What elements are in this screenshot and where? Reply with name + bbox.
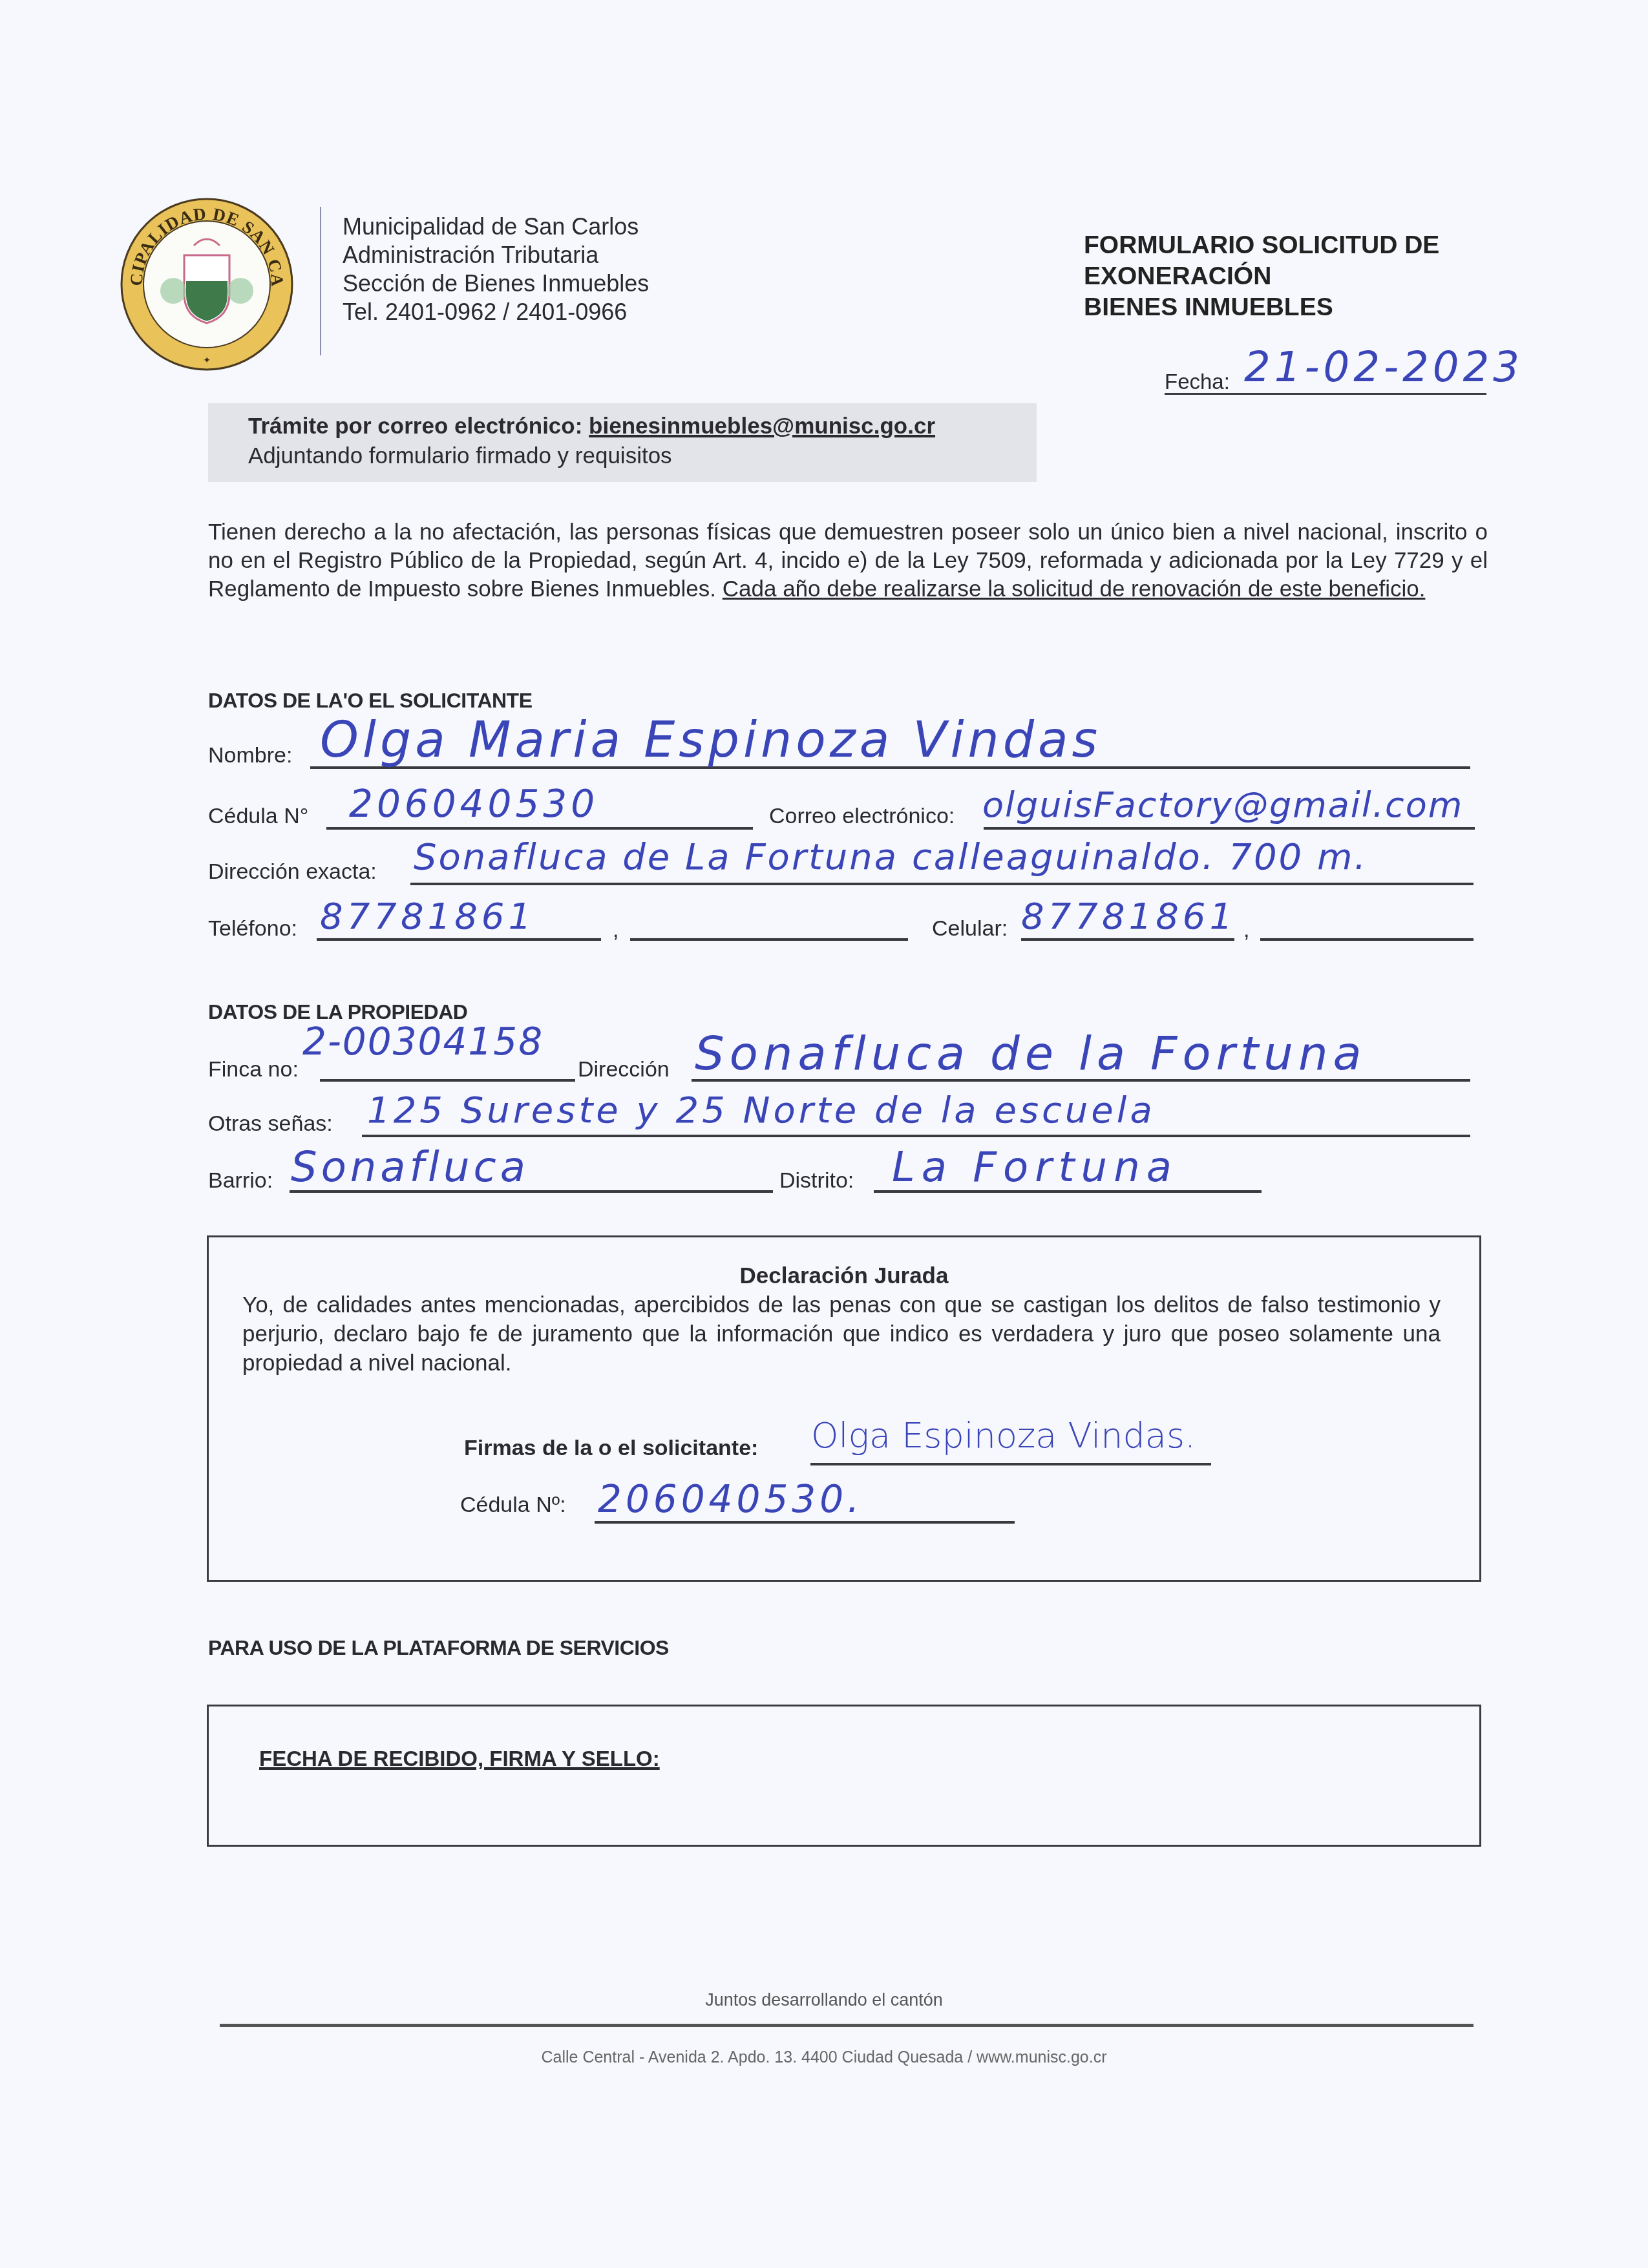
org-phone: Tel. 2401-0962 / 2401-0966 (343, 299, 627, 326)
signature-underline (810, 1463, 1211, 1465)
name-field[interactable]: Olga Maria Espinoza Vindas (320, 711, 1101, 768)
name-label: Nombre: (208, 743, 292, 768)
signature-label: Firmas de la o el solicitante: (464, 1436, 758, 1461)
signature-id-label: Cédula Nº: (460, 1493, 566, 1518)
email-field[interactable]: olguisFactory@gmail.com (982, 784, 1463, 825)
distrito-label: Distrito: (779, 1168, 854, 1193)
id-field[interactable]: 206040530 (349, 782, 598, 826)
email-notice-note: Adjuntando formulario firmado y requisit… (248, 443, 672, 469)
declaration-box: Declaración Jurada Yo, de calidades ante… (207, 1235, 1481, 1582)
email-notice-box: Trámite por correo electrónico: bienesin… (208, 403, 1037, 482)
services-section-title: PARA USO DE LA PLATAFORMA DE SERVICIOS (208, 1636, 669, 1660)
org-section: Sección de Bienes Inmuebles (343, 270, 649, 297)
signature-field[interactable]: Olga Espinoza Vindas. (811, 1415, 1196, 1456)
date-field[interactable]: 21-02-2023 (1244, 344, 1523, 392)
mobile-underline (1021, 938, 1234, 941)
date-label: Fecha: (1165, 370, 1230, 394)
finca-field[interactable]: 2-00304158 (302, 1020, 544, 1064)
phone-label: Teléfono: (208, 916, 297, 941)
property-address-field[interactable]: Sonafluca de la Fortuna (695, 1026, 1367, 1080)
footer-address: Calle Central - Avenida 2. Apdo. 13. 440… (0, 2048, 1648, 2067)
org-department: Administración Tributaria (343, 242, 598, 269)
barrio-label: Barrio: (208, 1168, 273, 1193)
phone-2-underline (630, 938, 908, 941)
mobile-field[interactable]: 87781861 (1021, 896, 1236, 938)
form-title-line-2: EXONERACIÓN (1084, 262, 1271, 291)
declaration-text: Yo, de calidades antes mencionadas, aper… (242, 1290, 1441, 1378)
email-underline (984, 827, 1475, 830)
services-box: FECHA DE RECIBIDO, FIRMA Y SELLO: (207, 1705, 1481, 1847)
property-address-label: Dirección (578, 1057, 670, 1082)
intro-paragraph: Tienen derecho a la no afectación, las p… (208, 518, 1488, 604)
renewal-notice: Cada año debe realizarse la solicitud de… (723, 576, 1426, 602)
barrio-field[interactable]: Sonafluca (291, 1144, 529, 1192)
finca-underline (320, 1079, 575, 1082)
declaration-title: Declaración Jurada (209, 1263, 1479, 1289)
address-underline (410, 883, 1474, 885)
email-notice-line: Trámite por correo electrónico: bienesin… (248, 414, 935, 439)
phone-separator: , (613, 918, 618, 943)
footer-slogan: Juntos desarrollando el cantón (0, 1990, 1648, 2010)
email-label: Correo electrónico: (769, 804, 955, 829)
signature-id-underline (595, 1521, 1015, 1524)
address-label: Dirección exacta: (208, 859, 377, 885)
id-label: Cédula N° (208, 804, 308, 829)
phone-field[interactable]: 87781861 (320, 896, 535, 938)
finca-label: Finca no: (208, 1057, 299, 1082)
header-divider (320, 207, 321, 355)
phone-underline (317, 938, 601, 941)
mobile-2-underline (1260, 938, 1474, 941)
id-underline (326, 827, 753, 830)
notice-email-link[interactable]: bienesinmuebles@munisc.go.cr (589, 414, 935, 439)
municipal-seal-logo: MUNICIPALIDAD DE SAN CARLOS ✦ (116, 194, 297, 375)
footer-divider (220, 2024, 1474, 2027)
mobile-label: Celular: (932, 916, 1008, 941)
signature-id-field[interactable]: 206040530. (598, 1477, 863, 1521)
org-name: Municipalidad de San Carlos (343, 213, 639, 240)
address-field[interactable]: Sonafluca de La Fortuna calleaguinaldo. … (414, 836, 1368, 878)
other-signs-label: Otras señas: (208, 1111, 333, 1137)
form-title-line-3: BIENES INMUEBLES (1084, 293, 1333, 322)
mobile-separator: , (1243, 918, 1249, 943)
other-signs-underline (362, 1135, 1470, 1137)
form-title-line-1: FORMULARIO SOLICITUD DE (1084, 231, 1439, 260)
received-stamp-label: FECHA DE RECIBIDO, FIRMA Y SELLO: (259, 1747, 660, 1771)
other-signs-field[interactable]: 125 Sureste y 25 Norte de la escuela (367, 1089, 1156, 1131)
date-underline (1165, 393, 1486, 395)
svg-text:✦: ✦ (203, 355, 211, 365)
distrito-field[interactable]: La Fortuna (892, 1144, 1178, 1192)
applicant-section-title: DATOS DE LA'O EL SOLICITANTE (208, 689, 532, 713)
